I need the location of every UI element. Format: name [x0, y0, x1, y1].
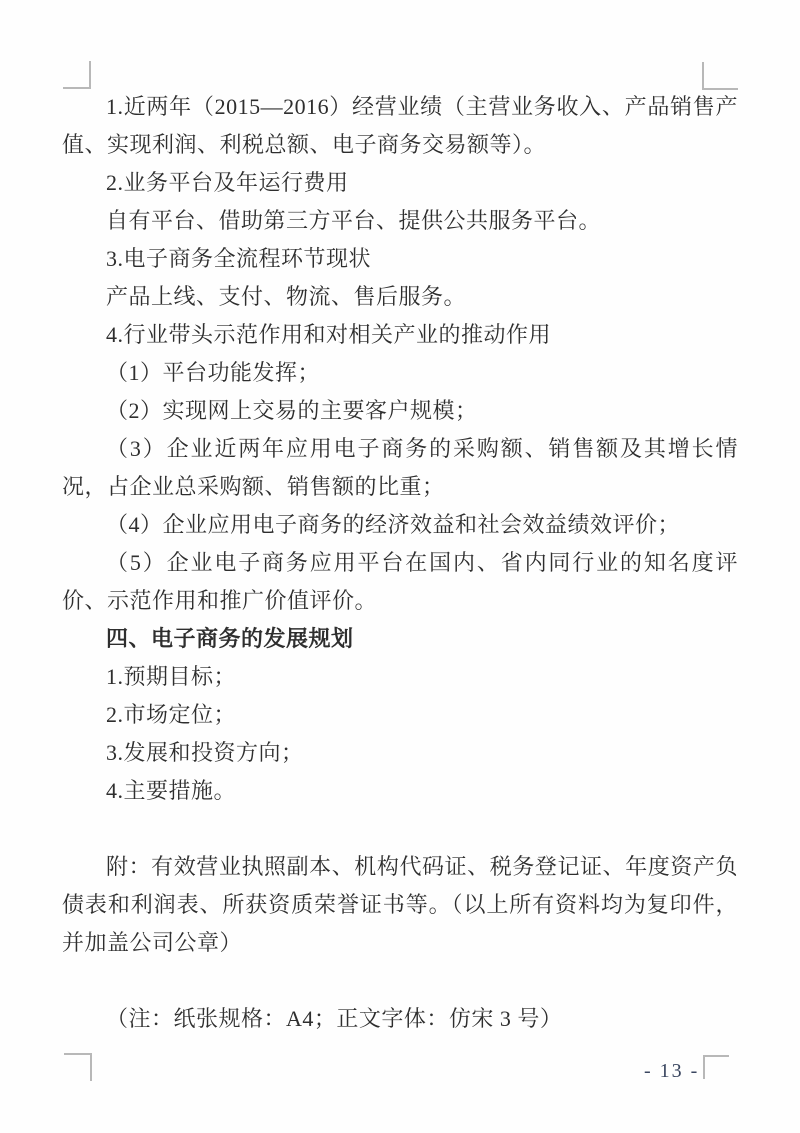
crop-mark-top-left-icon: [63, 61, 91, 89]
paragraph: 自有平台、借助第三方平台、提供公共服务平台。: [62, 202, 738, 240]
blank-line: [62, 810, 738, 848]
paragraph: （3）企业近两年应用电子商务的采购额、销售额及其增长情况，占企业总采购额、销售额…: [62, 430, 738, 506]
paragraph: （1）平台功能发挥；: [62, 354, 738, 392]
paragraph: 产品上线、支付、物流、售后服务。: [62, 278, 738, 316]
document-body: 1.近两年（2015—2016）经营业绩（主营业务收入、产品销售产值、实现利润、…: [62, 88, 738, 1038]
paragraph: 3.电子商务全流程环节现状: [62, 240, 738, 278]
crop-mark-bottom-right-icon: [703, 1055, 729, 1079]
page-number: - 13 -: [644, 1060, 699, 1083]
paragraph: （注：纸张规格：A4；正文字体：仿宋 3 号）: [62, 1000, 738, 1038]
paragraph: 1.近两年（2015—2016）经营业绩（主营业务收入、产品销售产值、实现利润、…: [62, 88, 738, 164]
paragraph: 1.预期目标；: [62, 658, 738, 696]
crop-mark-top-right-icon: [702, 62, 738, 90]
paragraph: 2.业务平台及年运行费用: [62, 164, 738, 202]
paragraph: （4）企业应用电子商务的经济效益和社会效益绩效评价；: [62, 506, 738, 544]
paragraph: 四、电子商务的发展规划: [62, 620, 738, 658]
paragraph: 2.市场定位；: [62, 696, 738, 734]
paragraph: 3.发展和投资方向；: [62, 734, 738, 772]
blank-line: [62, 962, 738, 1000]
paragraph: 附：有效营业执照副本、机构代码证、税务登记证、年度资产负债表和利润表、所获资质荣…: [62, 848, 738, 962]
document-page: 1.近两年（2015—2016）经营业绩（主营业务收入、产品销售产值、实现利润、…: [0, 0, 800, 1133]
crop-mark-bottom-left-icon: [64, 1053, 92, 1081]
paragraph: （5）企业电子商务应用平台在国内、省内同行业的知名度评价、示范作用和推广价值评价…: [62, 544, 738, 620]
paragraph: （2）实现网上交易的主要客户规模；: [62, 392, 738, 430]
paragraph: 4.行业带头示范作用和对相关产业的推动作用: [62, 316, 738, 354]
paragraph: 4.主要措施。: [62, 772, 738, 810]
document-canvas: { "page": { "background": "#fefefe", "te…: [0, 0, 800, 1133]
